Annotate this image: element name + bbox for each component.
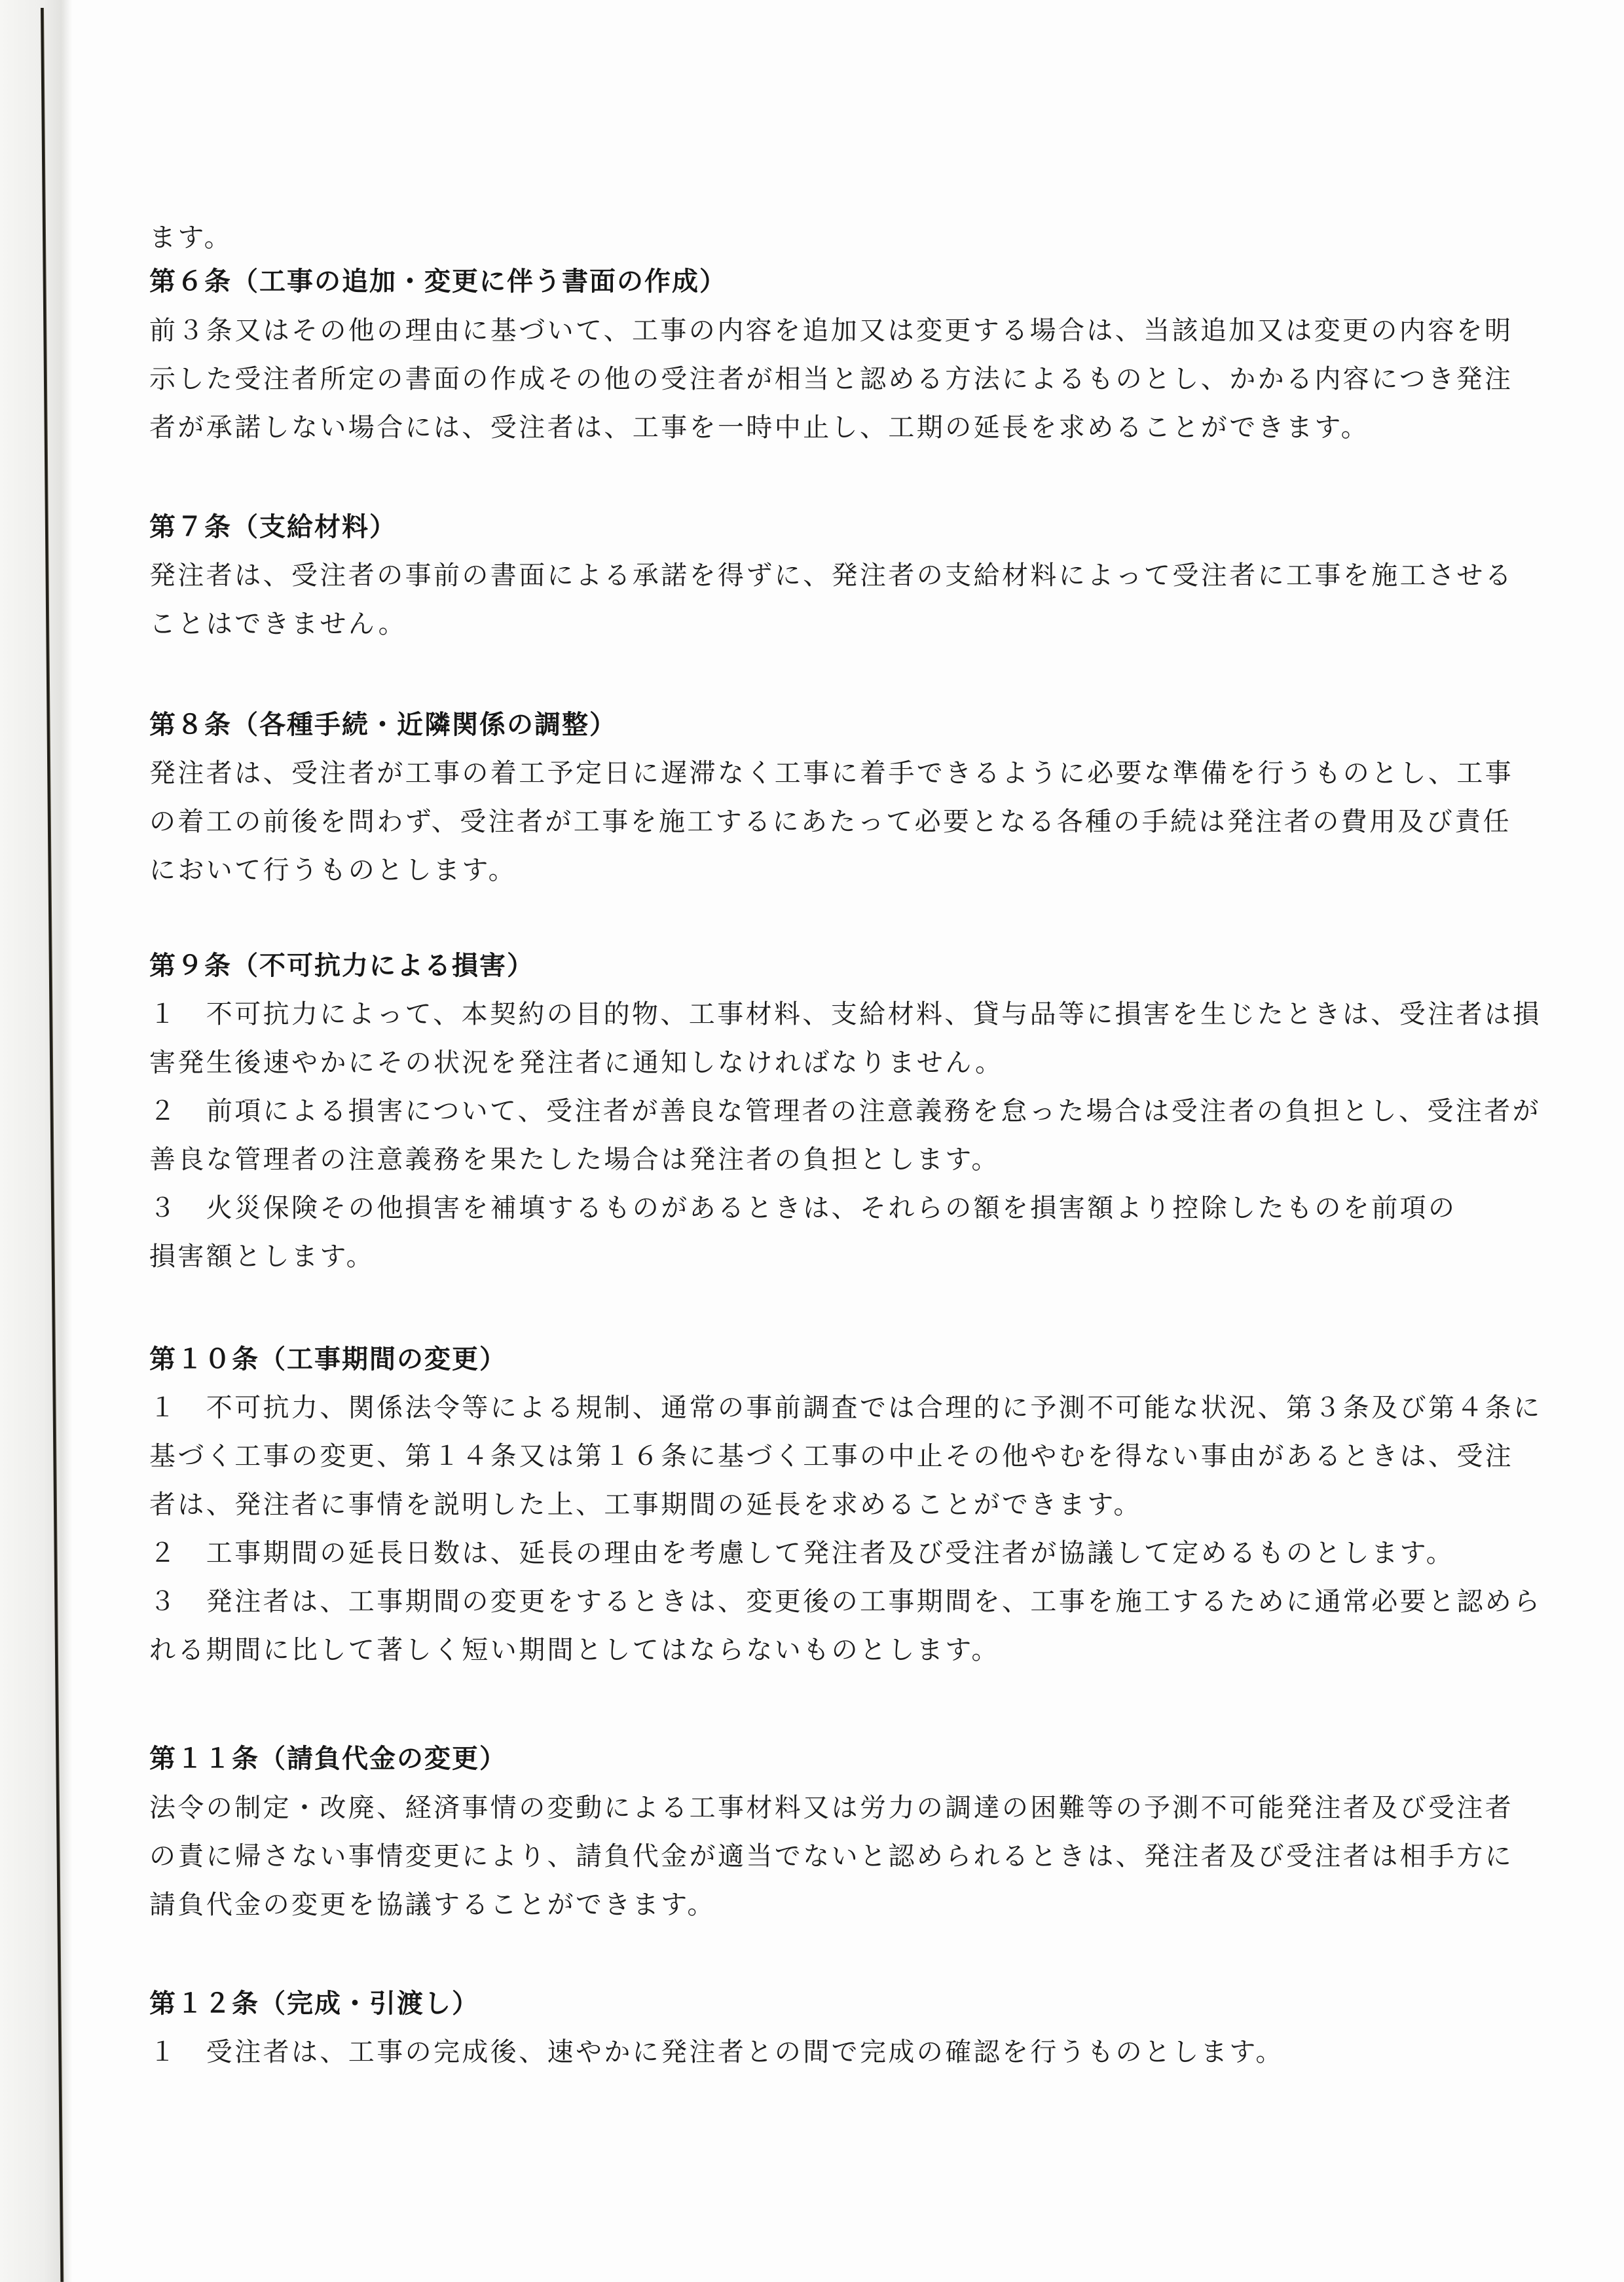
article-7-line: ことはできません。 xyxy=(149,608,407,640)
article-12-line: １ 受注者は、工事の完成後、速やかに発注者との間で完成の確認を行うものとします。 xyxy=(149,2036,1284,2068)
article-9-line: 損害額とします。 xyxy=(149,1241,375,1272)
article-10-line: れる期間に比して著しく短い期間としてはならないものとします。 xyxy=(149,1634,1000,1666)
article-11-heading: 第１１条（請負代金の変更） xyxy=(149,1743,507,1775)
article-7-heading: 第７条（支給材料） xyxy=(149,511,397,543)
article-9-line: ３ 火災保険その他損害を補填するものがあるときは、それらの額を損害額より控除した… xyxy=(149,1192,1456,1224)
article-8-line: の着工の前後を問わず、受注者が工事を施工するにあたって必要となる各種の手続は発注… xyxy=(149,806,1511,837)
article-10-line: １ 不可抗力、関係法令等による規制、通常の事前調査では合理的に予測不可能な状況、… xyxy=(149,1392,1542,1424)
article-6-line: 示した受注者所定の書面の作成その他の受注者が相当と認める方法によるものとし、かか… xyxy=(149,363,1513,395)
article-8-line: 発注者は、受注者が工事の着工予定日に遅滞なく工事に着手できるように必要な準備を行… xyxy=(149,758,1513,789)
article-6-line: 者が承諾しない場合には、受注者は、工事を一時中止し、工期の延長を求めることができ… xyxy=(149,412,1369,443)
article-6-heading: 第６条（工事の追加・変更に伴う書面の作成） xyxy=(149,266,727,297)
article-11-line: 請負代金の変更を協議することができます。 xyxy=(149,1889,716,1921)
article-8-heading: 第８条（各種手続・近隣関係の調整） xyxy=(149,709,617,741)
continuation-text: ます。 xyxy=(149,222,232,253)
article-9-line: 害発生後速やかにその状況を発注者に通知しなければなりません。 xyxy=(149,1047,1003,1078)
article-10-line: ３ 発注者は、工事期間の変更をするときは、変更後の工事期間を、工事を施工するため… xyxy=(149,1586,1542,1617)
article-9-line: 善良な管理者の注意義務を果たした場合は発注者の負担とします。 xyxy=(149,1144,1000,1175)
article-11-line: の責に帰さない事情変更により、請負代金が適当でないと認められるときは、発注者及び… xyxy=(149,1841,1513,1872)
article-10-line: 基づく工事の変更、第１４条又は第１６条に基づく工事の中止その他やむを得ない事由が… xyxy=(149,1441,1513,1472)
article-9-heading: 第９条（不可抗力による損害） xyxy=(149,950,534,982)
article-9-line: ２ 前項による損害について、受注者が善良な管理者の注意義務を怠った場合は受注者の… xyxy=(149,1095,1541,1127)
article-10-line: ２ 工事期間の延長日数は、延長の理由を考慮して発注者及び受注者が協議して定めるも… xyxy=(149,1537,1454,1569)
article-12-heading: 第１２条（完成・引渡し） xyxy=(149,1988,479,2019)
article-7-line: 発注者は、受注者の事前の書面による承諾を得ずに、発注者の支給材料によって受注者に… xyxy=(149,560,1513,591)
scan-shadow xyxy=(0,0,72,2282)
article-10-line: 者は、発注者に事情を説明した上、工事期間の延長を求めることができます。 xyxy=(149,1489,1142,1520)
article-10-heading: 第１０条（工事期間の変更） xyxy=(149,1344,507,1375)
article-6-line: 前３条又はその他の理由に基づいて、工事の内容を追加又は変更する場合は、当該追加又… xyxy=(149,315,1513,346)
article-11-line: 法令の制定・改廃、経済事情の変動による工事材料又は労力の調達の困難等の予測不可能… xyxy=(149,1792,1513,1824)
article-9-line: １ 不可抗力によって、本契約の目的物、工事材料、支給材料、貸与品等に損害を生じた… xyxy=(149,999,1541,1030)
article-8-line: において行うものとします。 xyxy=(149,855,517,886)
